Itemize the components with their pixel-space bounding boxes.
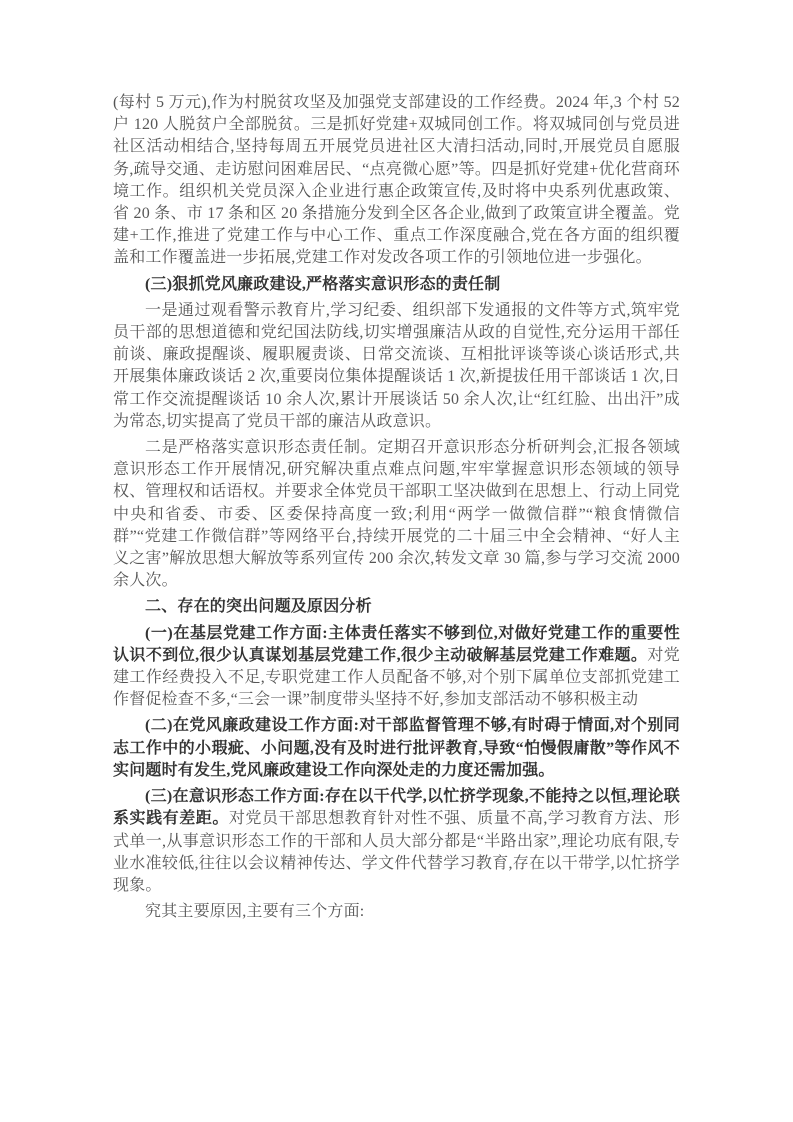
issue-paragraph-grassroots-party-building: (一)在基层党建工作方面:主体责任落实不够到位,对做好党建工作的重要性认识不到位… [113, 619, 680, 712]
issue-bold-lead: (一)在基层党建工作方面:主体责任落实不够到位,对做好党建工作的重要性认识不到位… [113, 625, 680, 664]
issue-paragraph-ideology-work: (三)在意识形态工作方面:存在以干代学,以忙挤学现象,不能持之以恒,理论联系实践… [113, 782, 680, 897]
continuation-paragraph: (每村 5 万元),作为村脱贫攻坚及加强党支部建设的工作经费。2024 年,3 … [113, 92, 680, 270]
document-page: (每村 5 万元),作为村脱贫攻坚及加强党支部建设的工作经费。2024 年,3 … [0, 0, 793, 1122]
document-body: (每村 5 万元),作为村脱贫攻坚及加强党支部建设的工作经费。2024 年,3 … [113, 92, 680, 923]
section-heading-problems-analysis: 二、存在的突出问题及原因分析 [113, 592, 680, 618]
paragraph-root-causes-intro: 究其主要原因,主要有三个方面: [113, 897, 680, 923]
paragraph-ideology-responsibility: 二是严格落实意识形态责任制。定期召开意识形态分析研判会,汇报各领域意识形态工作开… [113, 433, 680, 592]
issue-paragraph-clean-governance: (二)在党风廉政建设工作方面:对干部监督管理不够,有时碍于情面,对个别同志工作中… [113, 711, 680, 782]
issue-bold-lead: (二)在党风廉政建设工作方面:对干部监督管理不够,有时碍于情面,对个别同志工作中… [113, 717, 680, 778]
paragraph-warning-education: 一是通过观看警示教育片,学习纪委、组织部下发通报的文件等方式,筑牢党员干部的思想… [113, 296, 680, 433]
section-heading-party-conduct: (三)狠抓党风廉政建设,严格落实意识形态的责任制 [113, 270, 680, 296]
